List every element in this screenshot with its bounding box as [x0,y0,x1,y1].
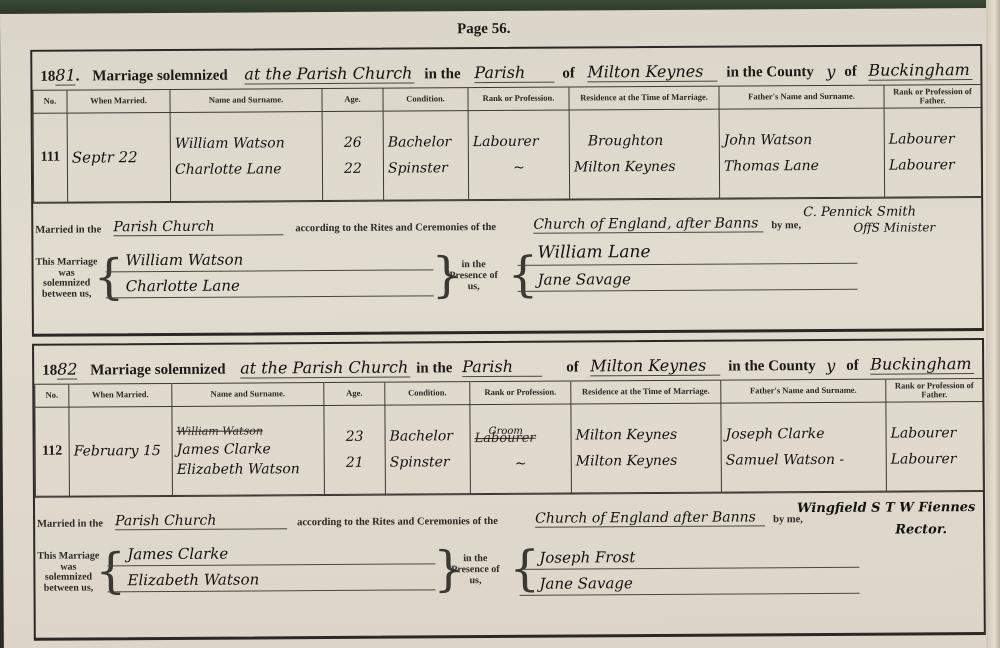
groom-rank: Labourer [473,134,565,151]
page-title: Page 56. [457,21,510,38]
parish-word: Parish [474,63,554,83]
bride-father: Thomas Lane [724,158,880,175]
bride-father: Samuel Watson - [726,452,882,469]
bride-name: Elizabeth Watson [177,461,320,478]
parish-name: Milton Keynes [587,62,717,83]
marriage-entry-111: 1881. Marriage solemnized at the Parish … [30,44,984,337]
bride-father-rank: Labourer [891,451,979,468]
bride-condition: Spinster [388,160,464,176]
register-table: No. When Married. Name and Surname. Age.… [34,378,984,497]
register-table: No. When Married. Name and Surname. Age.… [32,84,982,203]
groom-condition: Bachelor [388,134,464,150]
groom-father-rank: Labourer [891,425,979,442]
bride-residence: Milton Keynes [574,159,715,176]
county-name: Buckingham [868,60,972,81]
witness-2: Jane Savage [538,270,631,289]
bride-rank: ~ [475,456,567,473]
year-suffix: 81 [55,66,75,86]
married-in-value: Parish Church [115,512,287,530]
groom-condition: Bachelor [390,428,466,444]
witness-1: William Lane [537,242,650,263]
label-marriage-solemnized: Marriage solemnized [92,68,227,86]
bride-rank: ~ [473,160,565,177]
bride-condition: Spinster [390,454,466,470]
year-suffix: 82 [57,360,77,380]
bride-age: 21 [329,455,381,471]
place-value: at the Parish Church [240,358,410,379]
entry-number: 112 [35,407,70,496]
groom-rank-struck: Labourer [475,431,567,447]
label-marriage-solemnized: Marriage solemnized [90,362,225,380]
entry-header: 1881. Marriage solemnized at the Parish … [32,46,980,90]
married-in-line: Married in the Parish Church according t… [35,491,983,536]
groom-residence: Milton Keynes [576,427,717,444]
when-married: February 15 [74,443,161,460]
place-value: at the Parish Church [244,63,414,84]
rites-value: Church of England, after Banns [533,215,763,233]
parish-name: Milton Keynes [590,356,720,377]
married-in-value: Parish Church [113,218,283,236]
marriage-entry-112: 1882 Marriage solemnized at the Parish C… [32,338,986,641]
groom-father-rank: Labourer [889,131,977,148]
parish-word: Parish [462,357,542,377]
rites-value: Church of England after Banns [535,509,765,527]
groom-name: William Watson [175,135,318,152]
groom-name: James Clarke [177,441,320,458]
bride-name: Charlotte Lane [175,161,318,178]
page-edge [986,0,1000,648]
table-row: 111 Septr 22 William Watson Charlotte La… [33,108,982,203]
county-name: Buckingham [870,354,974,375]
witness-2: Jane Savage [539,574,632,593]
signature-bride: Elizabeth Watson [127,570,259,589]
officiant-signature: C. Pennick Smith [803,204,916,220]
groom-residence: Broughton [574,133,715,150]
groom-age: 26 [327,135,379,151]
officiant-signature: Wingfield S T W Fiennes [797,500,975,516]
groom-father: Joseph Clarke [726,426,882,443]
signatures: This Marriage was solemnized between us,… [33,236,981,320]
signatures: This Marriage was solemnized between us,… [35,530,983,614]
groom-father: John Watson [724,132,880,149]
table-row: 112 February 15 William Watson James Cla… [35,402,984,497]
bride-age: 22 [327,161,379,177]
when-married: Septr 22 [72,148,138,166]
signature-bride: Charlotte Lane [126,277,240,296]
groom-name-struck: William Watson [177,424,320,438]
bride-father-rank: Labourer [889,157,977,174]
groom-age: 23 [329,429,381,445]
officiant-title: OffS Minister [853,220,935,234]
witness-1: Joseph Frost [539,548,635,567]
bride-residence: Milton Keynes [576,453,717,470]
register-page: Page 56. 1881. Marriage solemnized at th… [0,8,994,648]
entry-header: 1882 Marriage solemnized at the Parish C… [34,340,982,384]
married-in-line: Married in the Parish Church according t… [33,197,981,242]
entry-number: 111 [33,113,68,202]
signature-groom: William Watson [125,251,243,270]
signature-groom: James Clarke [127,545,228,564]
